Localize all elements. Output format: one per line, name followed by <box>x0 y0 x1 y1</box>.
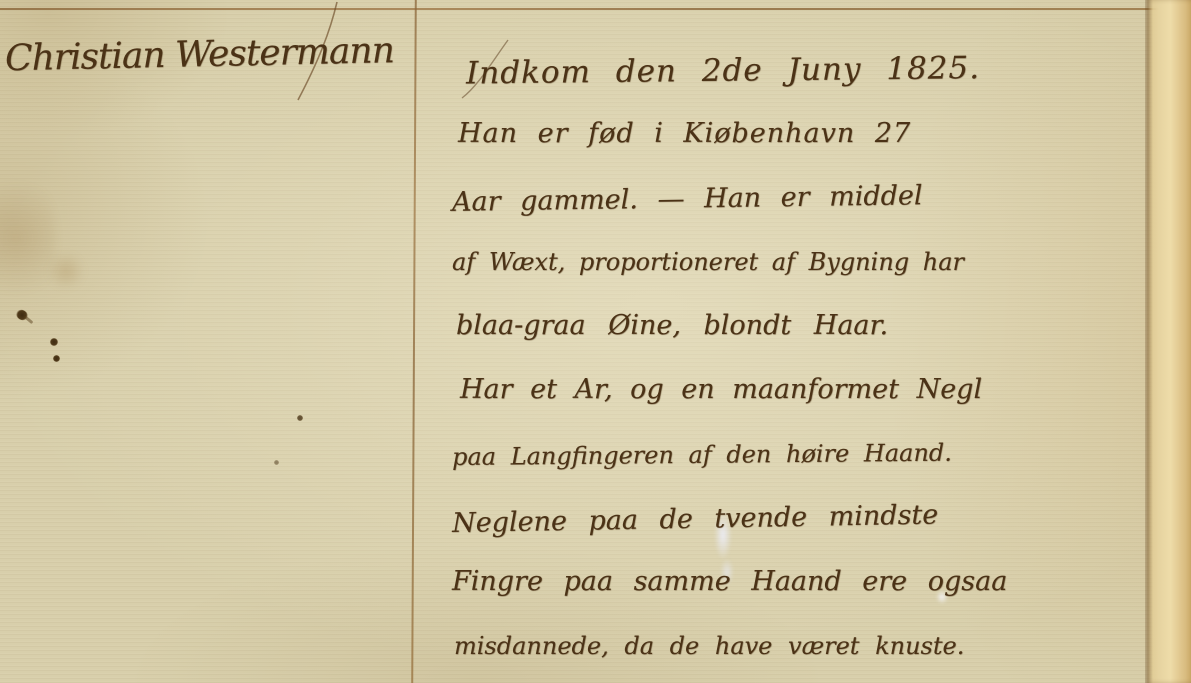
page-fold-edge <box>1145 0 1191 683</box>
record-line: Indkom den 2de Juny 1825. <box>452 34 1143 105</box>
ink-speck <box>14 308 29 322</box>
record-line: Han er fød i Kiøbenhavn 27 <box>452 102 1142 166</box>
ink-speck <box>297 415 303 421</box>
record-line: paa Langfingeren af den høire Haand. <box>452 419 1143 489</box>
record-line: af Wæxt, proportioneret af Bygning har <box>452 230 1142 294</box>
record-line: Har et Ar, og en maanformet Negl <box>452 358 1142 422</box>
column-divider-line <box>411 0 417 683</box>
record-line: misdannede, da de have været knuste. <box>452 614 1142 678</box>
record-line: Neglene paa de tvende mindste <box>451 480 1142 556</box>
manuscript-page: Christian Westermann Indkom den 2de Juny… <box>0 0 1191 683</box>
top-rule-line <box>0 8 1191 10</box>
inmate-name-entry: Christian Westermann <box>5 30 414 80</box>
record-line: Aar gammel. — Han er middel <box>452 161 1143 235</box>
paper-stain <box>0 168 56 308</box>
ink-speck <box>274 460 279 465</box>
record-text-column: Indkom den 2de Juny 1825. Han er fød i K… <box>452 38 1142 678</box>
record-line: blaa-graa Øine, blondt Haar. <box>452 294 1142 358</box>
ink-speck <box>53 355 60 362</box>
ink-speck <box>50 338 58 346</box>
record-line: Fingre paa samme Haand ere ogsaa <box>452 550 1142 614</box>
